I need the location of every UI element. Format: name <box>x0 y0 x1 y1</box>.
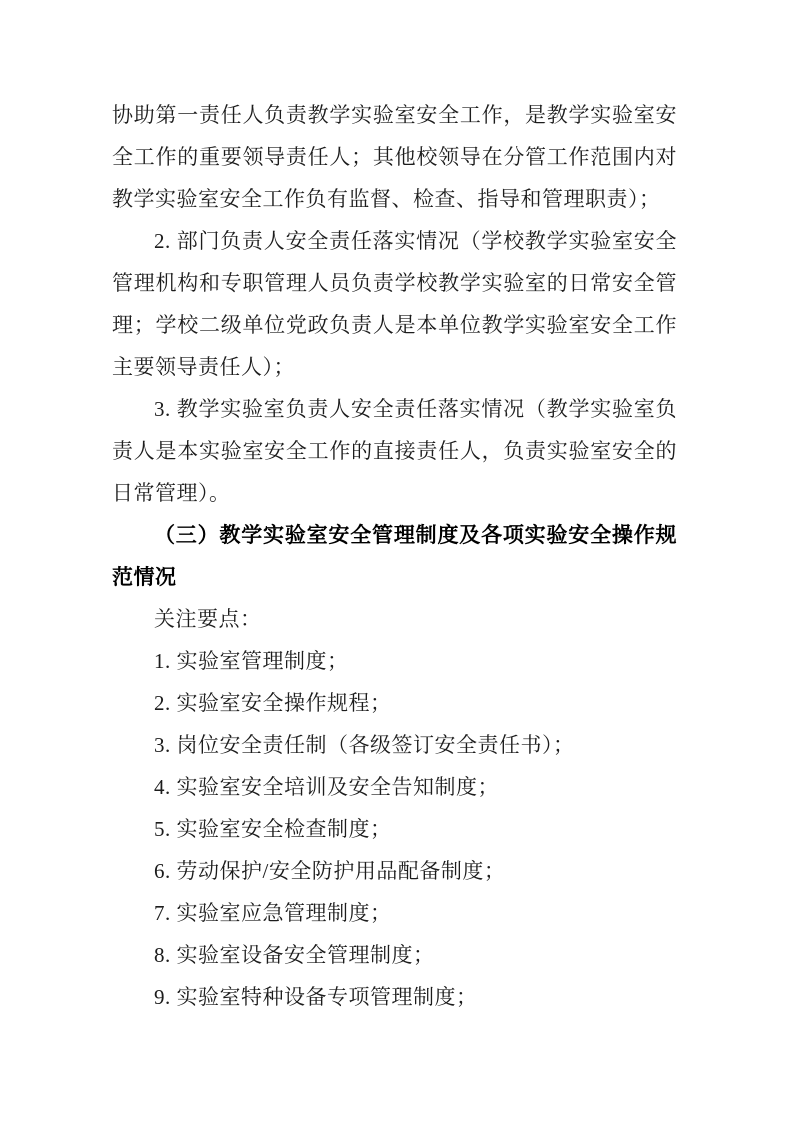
focus-item-8: 8. 实验室设备安全管理制度； <box>112 934 677 976</box>
section-heading: （三）教学实验室安全管理制度及各项实验安全操作规范情况 <box>112 514 677 598</box>
focus-item-9: 9. 实验室特种设备专项管理制度； <box>112 976 677 1018</box>
focus-item-5: 5. 实验室安全检查制度； <box>112 808 677 850</box>
paragraph-numbered-2: 2. 部门负责人安全责任落实情况（学校教学实验室安全管理机构和专职管理人员负责学… <box>112 220 677 388</box>
focus-item-6: 6. 劳动保护/安全防护用品配备制度； <box>112 850 677 892</box>
paragraph-continuation: 协助第一责任人负责教学实验室安全工作，是教学实验室安全工作的重要领导责任人；其他… <box>112 94 677 220</box>
focus-item-2: 2. 实验室安全操作规程； <box>112 682 677 724</box>
document-page: 协助第一责任人负责教学实验室安全工作，是教学实验室安全工作的重要领导责任人；其他… <box>0 0 793 1122</box>
paragraph-numbered-3: 3. 教学实验室负责人安全责任落实情况（教学实验室负责人是本实验室安全工作的直接… <box>112 388 677 514</box>
focus-item-7: 7. 实验室应急管理制度； <box>112 892 677 934</box>
focus-item-4: 4. 实验室安全培训及安全告知制度； <box>112 766 677 808</box>
focus-points-label: 关注要点： <box>112 598 677 640</box>
page-content: 协助第一责任人负责教学实验室安全工作，是教学实验室安全工作的重要领导责任人；其他… <box>112 94 677 1018</box>
focus-item-3: 3. 岗位安全责任制（各级签订安全责任书）； <box>112 724 677 766</box>
focus-item-1: 1. 实验室管理制度； <box>112 640 677 682</box>
